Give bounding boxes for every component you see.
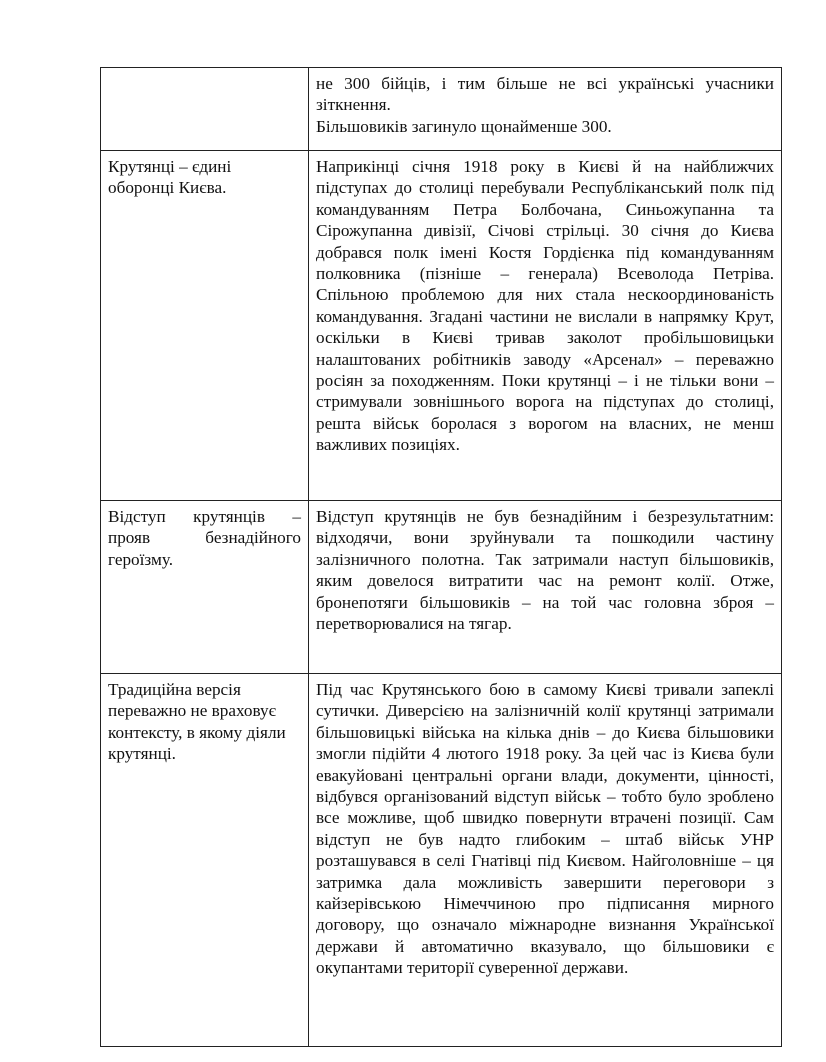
claim-text: Традиційна версія переважно не враховує … [108, 680, 286, 763]
table-row: Традиційна версія переважно не враховує … [101, 674, 782, 1047]
claim-text: Крутянці – єдині оборонці Києва. [108, 157, 231, 197]
response-paragraph: Наприкінці січня 1918 року в Києві й на … [316, 156, 774, 456]
response-cell: Під час Крутянського бою в самому Києві … [309, 674, 782, 1047]
response-cell: Відступ крутянців не був безнадійним і б… [309, 501, 782, 674]
response-paragraph: Відступ крутянців не був безнадійним і б… [316, 506, 774, 634]
claim-cell: Традиційна версія переважно не враховує … [101, 674, 309, 1047]
response-paragraph: Під час Крутянського бою в самому Києві … [316, 679, 774, 979]
claim-cell [101, 68, 309, 151]
response-paragraph: не 300 бійців, і тим більше не всі украї… [316, 73, 774, 116]
table-row: Крутянці – єдині оборонці Києва. Наприкі… [101, 151, 782, 501]
response-cell: не 300 бійців, і тим більше не всі украї… [309, 68, 782, 151]
table-row: Відступ крутянців – прояв безнадійного г… [101, 501, 782, 674]
claim-cell: Відступ крутянців – прояв безнадійного г… [101, 501, 309, 674]
claim-text: Відступ крутянців – прояв безнадійного г… [108, 507, 301, 569]
table-row: не 300 бійців, і тим більше не всі украї… [101, 68, 782, 151]
claim-cell: Крутянці – єдині оборонці Києва. [101, 151, 309, 501]
response-paragraph: Більшовиків загинуло щонайменше 300. [316, 116, 774, 137]
response-cell: Наприкінці січня 1918 року в Києві й на … [309, 151, 782, 501]
myths-table: не 300 бійців, і тим більше не всі украї… [100, 67, 782, 1047]
